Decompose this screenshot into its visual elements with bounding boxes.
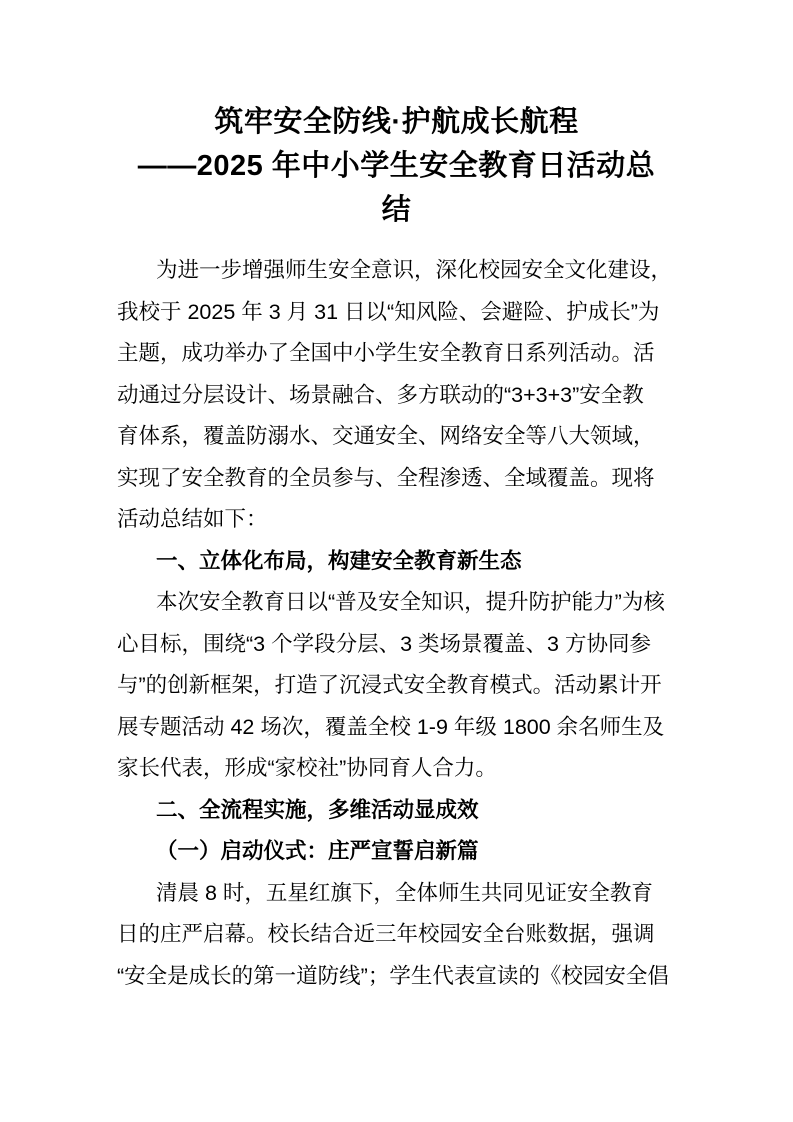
body-line: 日的庄严启幕。校长结合近三年校园安全台账数据，强调 — [117, 914, 676, 956]
body-line: 心目标，围绕“3 个学段分层、3 类场景覆盖、3 方协同参 — [117, 624, 676, 666]
body-line: 展专题活动 42 场次，覆盖全校 1-9 年级 1800 余名师生及 — [117, 707, 676, 749]
body-line: 与”的创新框架，打造了沉浸式安全教育模式。活动累计开 — [117, 665, 676, 707]
title-line: 结 — [117, 188, 676, 232]
body-line: 实现了安全教育的全员参与、全程渗透、全域覆盖。现将 — [117, 458, 676, 500]
heading-line: 一、立体化布局，构建安全教育新生态 — [117, 541, 676, 583]
body-line: 本次安全教育日以“普及安全知识，提升防护能力”为核 — [117, 582, 676, 624]
body-line: 动通过分层设计、场景融合、多方联动的“3+3+3”安全教 — [117, 375, 676, 417]
body-line: 清晨 8 时，五星红旗下，全体师生共同见证安全教育 — [117, 873, 676, 915]
document-body: 为进一步增强师生安全意识，深化校园安全文化建设，我校于 2025 年 3 月 3… — [117, 250, 676, 997]
title-line: 筑牢安全防线·护航成长航程 — [117, 100, 676, 144]
body-line: “安全是成长的第一道防线”；学生代表宣读的《校园安全倡 — [117, 956, 676, 998]
document-title: 筑牢安全防线·护航成长航程——2025 年中小学生安全教育日活动总结 — [117, 100, 676, 232]
body-line: 育体系，覆盖防溺水、交通安全、网络安全等八大领域， — [117, 416, 676, 458]
body-line: 主题，成功举办了全国中小学生安全教育日系列活动。活 — [117, 333, 676, 375]
heading-line: （一）启动仪式：庄严宣誓启新篇 — [117, 831, 676, 873]
body-line: 为进一步增强师生安全意识，深化校园安全文化建设， — [117, 250, 676, 292]
body-line: 活动总结如下： — [117, 499, 676, 541]
title-line: ——2025 年中小学生安全教育日活动总 — [117, 144, 676, 188]
heading-line: 二、全流程实施，多维活动显成效 — [117, 790, 676, 832]
document-page: 筑牢安全防线·护航成长航程——2025 年中小学生安全教育日活动总结 为进一步增… — [0, 0, 793, 1122]
body-line: 家长代表，形成“家校社”协同育人合力。 — [117, 748, 676, 790]
body-line: 我校于 2025 年 3 月 31 日以“知风险、会避险、护成长”为 — [117, 292, 676, 334]
